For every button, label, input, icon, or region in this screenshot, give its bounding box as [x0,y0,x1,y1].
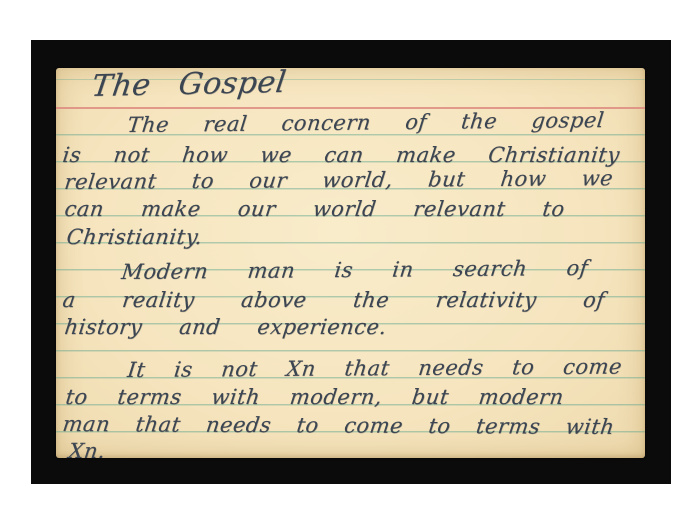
index-card: The Gospel The real concern of the gospe… [56,68,645,458]
handwritten-line: It is not Xn that needs to come [126,354,624,384]
handwritten-line: relevant to our world, but how we [63,165,615,196]
card-title-handwriting: The Gospel [90,69,288,100]
handwritten-line: history and experience. [63,314,388,341]
handwritten-line: man that needs to come to terms with [61,411,616,441]
handwritten-line: can make our world relevant to [63,196,566,223]
handwritten-line: a reality above the relativity of [61,287,606,314]
scanned-photo-background: The Gospel The real concern of the gospe… [0,0,700,525]
handwritten-line: The real concern of the gospel [126,107,606,139]
handwritten-line: Xn. [67,438,107,458]
handwritten-line: to terms with modern, but modern [64,384,565,411]
handwritten-line: Christianity. [65,224,204,251]
handwritten-line: Modern man is in search of [120,255,590,286]
black-photo-mat: The Gospel The real concern of the gospe… [31,40,671,484]
